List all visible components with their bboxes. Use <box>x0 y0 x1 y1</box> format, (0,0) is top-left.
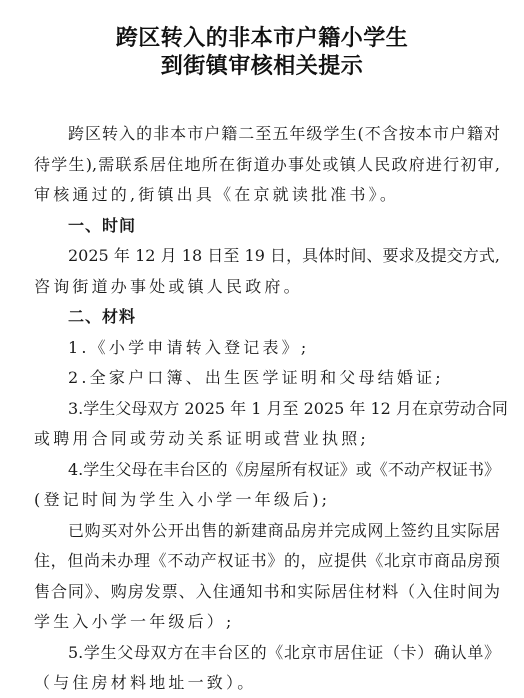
title-line-1: 跨区转入的非本市户籍小学生 <box>0 24 524 52</box>
material-item-4-line-1: 4.学生父母在丰台区的《房屋所有权证》或《不动产权证书》 <box>34 455 500 486</box>
intro-line-3: 审核通过的,街镇出具《在京就读批准书》。 <box>34 180 500 211</box>
material-item-4: 4.学生父母在丰台区的《房屋所有权证》或《不动产权证书》 (登记时间为学生入小学… <box>34 455 500 516</box>
section-heading-materials: 二、材料 <box>34 302 500 333</box>
material-item-3: 3.学生父母双方 2025 年 1 月至 2025 年 12 月在京劳动合同 或… <box>34 394 500 455</box>
section-materials: 二、材料 1.《小学申请转入登记表》; 2.全家户口簿、出生医学证明和父母结婚证… <box>34 302 500 698</box>
material-item-3-line-2: 或聘用合同或劳动关系证明或营业执照; <box>34 424 500 455</box>
time-line-2: 咨询街道办事处或镇人民政府。 <box>34 272 500 303</box>
note-line-1: 已购买对外公开出售的新建商品房并完成网上签约且实际居 <box>34 516 500 547</box>
material-item-2: 2.全家户口簿、出生医学证明和父母结婚证; <box>34 363 500 394</box>
time-line-1: 2025 年 12 月 18 日至 19 日，具体时间、要求及提交方式, <box>34 241 500 272</box>
document-body: 跨区转入的非本市户籍二至五年级学生(不含按本市户籍对 待学生),需联系居住地所在… <box>34 119 500 698</box>
material-item-4-line-2: (登记时间为学生入小学一年级后); <box>34 485 500 516</box>
document-title: 跨区转入的非本市户籍小学生 到街镇审核相关提示 <box>0 24 524 80</box>
intro-line-1: 跨区转入的非本市户籍二至五年级学生(不含按本市户籍对 <box>34 119 500 150</box>
intro-line-2: 待学生),需联系居住地所在街道办事处或镇人民政府进行初审, <box>34 150 500 181</box>
material-item-3-line-1: 3.学生父母双方 2025 年 1 月至 2025 年 12 月在京劳动合同 <box>34 394 500 425</box>
section-time: 一、时间 2025 年 12 月 18 日至 19 日，具体时间、要求及提交方式… <box>34 211 500 303</box>
title-line-2: 到街镇审核相关提示 <box>0 52 524 80</box>
intro-paragraph: 跨区转入的非本市户籍二至五年级学生(不含按本市户籍对 待学生),需联系居住地所在… <box>34 119 500 211</box>
section-heading-time: 一、时间 <box>34 211 500 242</box>
document-page: 跨区转入的非本市户籍小学生 到街镇审核相关提示 跨区转入的非本市户籍二至五年级学… <box>0 0 524 698</box>
material-item-5-line-2: （与住房材料地址一致）。 <box>34 668 500 698</box>
note-line-2: 住，但尚未办理《不动产权证书》的，应提供《北京市商品房预 <box>34 546 500 577</box>
note-line-4: 学生入小学一年级后）; <box>34 607 500 638</box>
material-item-5-line-1: 5.学生父母双方在丰台区的《北京市居住证（卡）确认单》 <box>34 638 500 669</box>
material-item-5: 5.学生父母双方在丰台区的《北京市居住证（卡）确认单》 （与住房材料地址一致）。 <box>34 638 500 698</box>
material-item-4-note: 已购买对外公开出售的新建商品房并完成网上签约且实际居 住，但尚未办理《不动产权证… <box>34 516 500 638</box>
material-item-1: 1.《小学申请转入登记表》; <box>34 333 500 364</box>
note-line-3: 售合同》、购房发票、入住通知书和实际居住材料（入住时间为 <box>34 577 500 608</box>
